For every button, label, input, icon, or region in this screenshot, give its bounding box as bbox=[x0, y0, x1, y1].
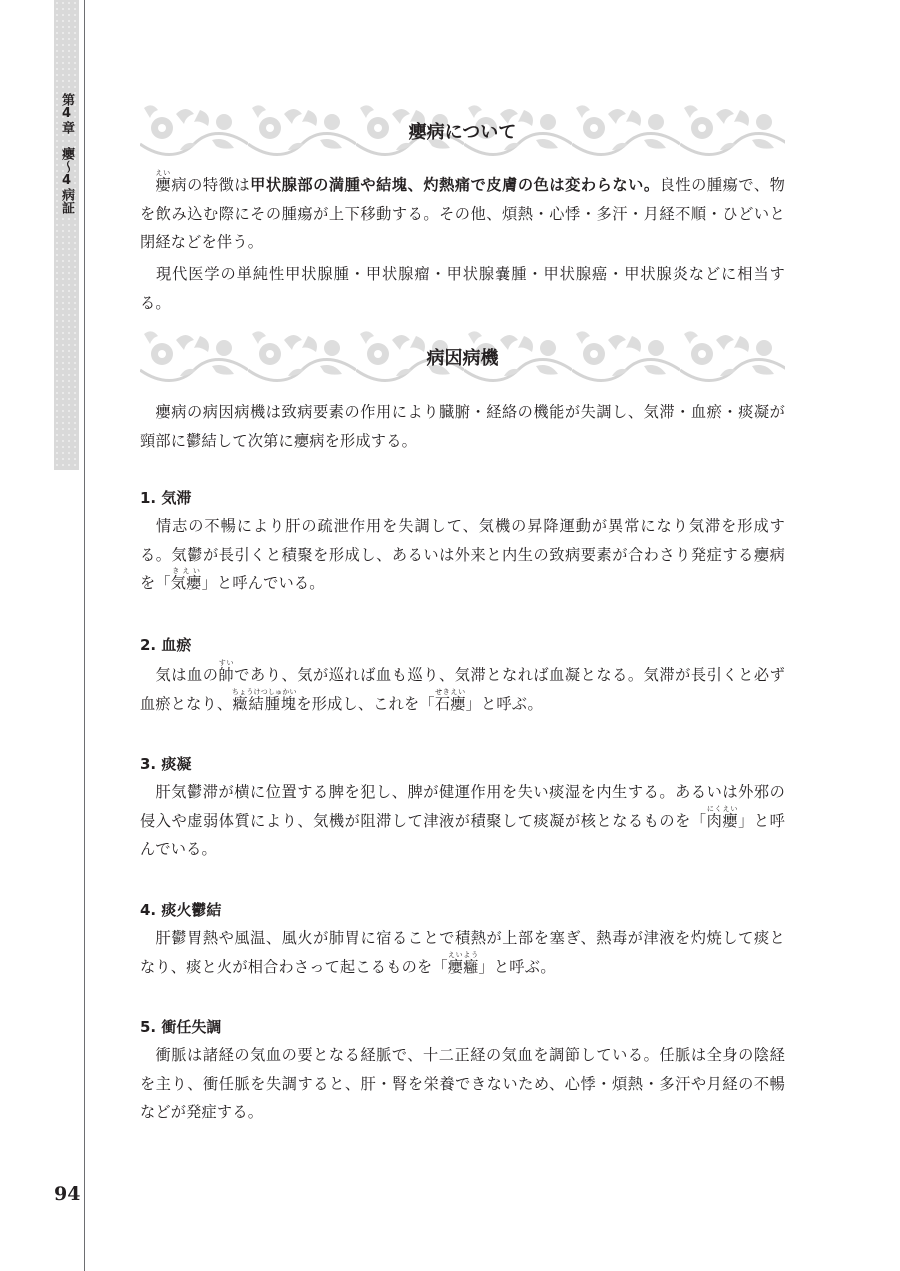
ruby-annotation: 帥すい bbox=[219, 666, 235, 684]
ruby-annotation: 癭えい bbox=[722, 812, 738, 830]
item-heading: 1. 気滞 bbox=[140, 487, 191, 508]
item-heading: 5. 衝任失調 bbox=[140, 1016, 221, 1037]
item-paragraph: 衝脈は諸経の気血の要となる経脈で、十二正経の気血を調節している。任脈は全身の陰経… bbox=[140, 1041, 785, 1127]
ruby-annotation: 気癭きえい bbox=[171, 574, 202, 592]
item-heading: 4. 痰火鬱結 bbox=[140, 899, 221, 920]
emphasis-text: 甲状腺部の満腫や結塊、灼熱痛で皮膚の色は変わらない。 bbox=[250, 176, 660, 194]
ruby-annotation: 肉にく bbox=[707, 812, 723, 830]
ruby-annotation: 癥結腫塊ちょうけつしゅかい bbox=[232, 695, 296, 713]
chapter-tab: 第4章 癭〜4病証 bbox=[54, 0, 79, 470]
section-title: 癭病について bbox=[403, 118, 523, 144]
item-heading: 3. 痰凝 bbox=[140, 753, 191, 774]
section-title: 病因病機 bbox=[421, 344, 505, 370]
section-paragraph: 癭えい病の特徴は甲状腺部の満腫や結塊、灼熱痛で皮膚の色は変わらない。良性の腫瘍で… bbox=[140, 169, 785, 257]
ruby-annotation: 癭えい bbox=[155, 176, 171, 194]
item-paragraph: 情志の不暢により肝の疏泄作用を失調して、気機の昇降運動が異常になり気滞を形成する… bbox=[140, 512, 785, 598]
chapter-tab-label: 第4章 癭〜4病証 bbox=[54, 93, 79, 214]
item-paragraph: 気は血の帥すいであり、気が巡れば血も巡り、気滞となれば血凝となる。気滞が長引くと… bbox=[140, 659, 785, 718]
section-banner-about: 癭病について bbox=[140, 100, 785, 162]
section-paragraph: 現代医学の単純性甲状腺腫・甲状腺瘤・甲状腺嚢腫・甲状腺癌・甲状腺炎などに相当する… bbox=[140, 260, 785, 317]
item-paragraph: 肝気鬱滞が横に位置する脾を犯し、脾が健運作用を失い痰湿を内生する。あるいは外邪の… bbox=[140, 778, 785, 864]
gutter-rule bbox=[84, 0, 85, 1271]
section-paragraph: 癭病の病因病機は致病要素の作用により臓腑・経絡の機能が失調し、気滞・血瘀・痰凝が… bbox=[140, 398, 785, 455]
section-banner-etiology: 病因病機 bbox=[140, 326, 785, 388]
ruby-annotation: 癭癰えいよう bbox=[448, 958, 479, 976]
item-heading: 2. 血瘀 bbox=[140, 634, 191, 655]
item-paragraph: 肝鬱胃熱や風温、風火が肺胃に宿ることで積熱が上部を塞ぎ、熱毒が津液を灼焼して痰と… bbox=[140, 924, 785, 981]
ruby-annotation: 石癭せきえい bbox=[435, 695, 466, 713]
page-number: 94 bbox=[54, 1183, 80, 1205]
